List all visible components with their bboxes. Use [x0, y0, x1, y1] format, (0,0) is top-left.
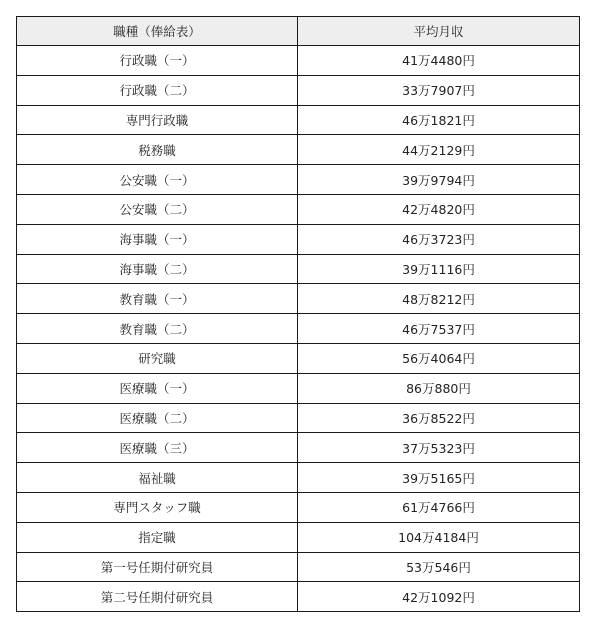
table-row: 公安職（一）39万9794円 — [17, 165, 580, 195]
table-row: 研究職56万4064円 — [17, 343, 580, 373]
job-cell: 医療職（一） — [17, 373, 298, 403]
salary-cell: 44万2129円 — [298, 135, 580, 165]
salary-cell: 42万1092円 — [298, 582, 580, 612]
table-row: 海事職（二）39万1116円 — [17, 254, 580, 284]
table-row: 指定職104万4184円 — [17, 522, 580, 552]
salary-cell: 53万546円 — [298, 552, 580, 582]
job-cell: 海事職（一） — [17, 224, 298, 254]
job-cell: 専門スタッフ職 — [17, 492, 298, 522]
job-cell: 行政職（二） — [17, 75, 298, 105]
table-row: 第一号任期付研究員53万546円 — [17, 552, 580, 582]
table-row: 第二号任期付研究員42万1092円 — [17, 582, 580, 612]
salary-table: 職種（俸給表） 平均月収 行政職（一）41万4480円 行政職（二）33万790… — [16, 16, 580, 612]
table-row: 医療職（一）86万880円 — [17, 373, 580, 403]
job-cell: 福祉職 — [17, 463, 298, 493]
job-cell: 医療職（二） — [17, 403, 298, 433]
salary-cell: 36万8522円 — [298, 403, 580, 433]
salary-cell: 48万8212円 — [298, 284, 580, 314]
salary-cell: 33万7907円 — [298, 75, 580, 105]
job-cell: 専門行政職 — [17, 105, 298, 135]
table-row: 行政職（一）41万4480円 — [17, 46, 580, 76]
job-cell: 公安職（一） — [17, 165, 298, 195]
table-row: 海事職（一）46万3723円 — [17, 224, 580, 254]
table-row: 行政職（二）33万7907円 — [17, 75, 580, 105]
table-row: 税務職44万2129円 — [17, 135, 580, 165]
table-row: 教育職（二）46万7537円 — [17, 314, 580, 344]
salary-cell: 39万5165円 — [298, 463, 580, 493]
job-cell: 公安職（二） — [17, 194, 298, 224]
salary-cell: 61万4766円 — [298, 492, 580, 522]
job-cell: 海事職（二） — [17, 254, 298, 284]
table-header-row: 職種（俸給表） 平均月収 — [17, 17, 580, 46]
salary-cell: 86万880円 — [298, 373, 580, 403]
header-job-type: 職種（俸給表） — [17, 17, 298, 46]
job-cell: 第一号任期付研究員 — [17, 552, 298, 582]
salary-cell: 41万4480円 — [298, 46, 580, 76]
job-cell: 研究職 — [17, 343, 298, 373]
job-cell: 指定職 — [17, 522, 298, 552]
table-row: 専門行政職46万1821円 — [17, 105, 580, 135]
salary-cell: 37万5323円 — [298, 433, 580, 463]
job-cell: 税務職 — [17, 135, 298, 165]
salary-cell: 56万4064円 — [298, 343, 580, 373]
table-row: 医療職（三）37万5323円 — [17, 433, 580, 463]
table-row: 福祉職39万5165円 — [17, 463, 580, 493]
salary-cell: 42万4820円 — [298, 194, 580, 224]
salary-cell: 39万9794円 — [298, 165, 580, 195]
job-cell: 行政職（一） — [17, 46, 298, 76]
salary-cell: 104万4184円 — [298, 522, 580, 552]
job-cell: 教育職（一） — [17, 284, 298, 314]
salary-cell: 39万1116円 — [298, 254, 580, 284]
salary-cell: 46万3723円 — [298, 224, 580, 254]
salary-cell: 46万7537円 — [298, 314, 580, 344]
salary-cell: 46万1821円 — [298, 105, 580, 135]
header-average-monthly-income: 平均月収 — [298, 17, 580, 46]
job-cell: 医療職（三） — [17, 433, 298, 463]
job-cell: 第二号任期付研究員 — [17, 582, 298, 612]
table-row: 公安職（二）42万4820円 — [17, 194, 580, 224]
table-row: 医療職（二）36万8522円 — [17, 403, 580, 433]
table-row: 教育職（一）48万8212円 — [17, 284, 580, 314]
table-row: 専門スタッフ職61万4766円 — [17, 492, 580, 522]
job-cell: 教育職（二） — [17, 314, 298, 344]
